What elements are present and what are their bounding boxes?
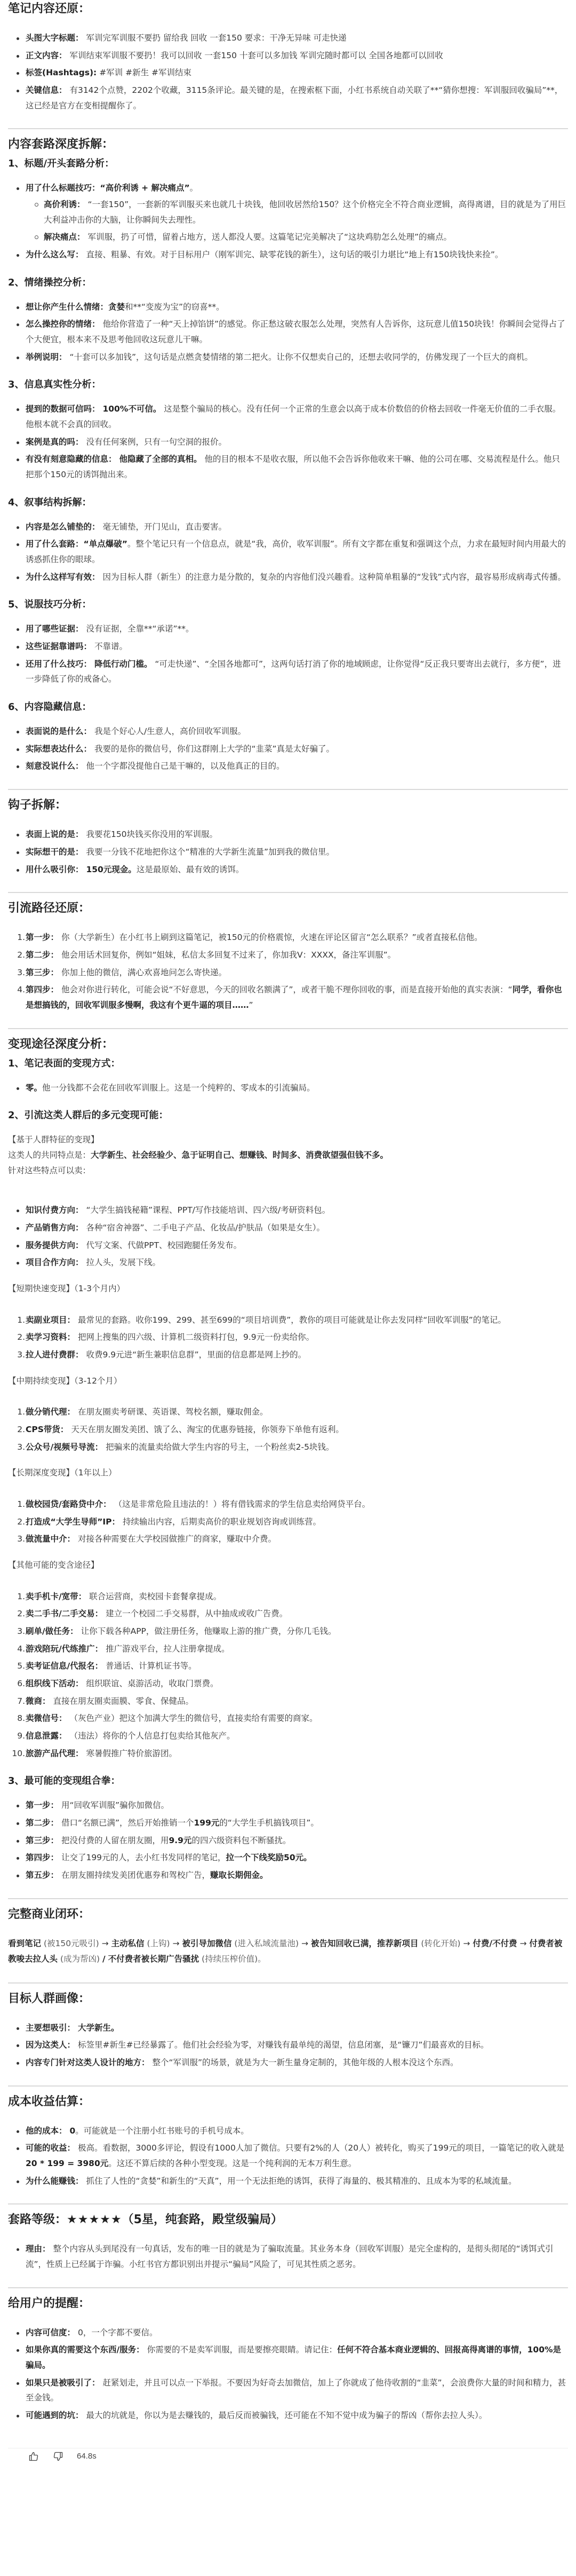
headline-sub-list: 高价利诱： “一套150”，一套新的军训服买来也就几十块钱，他回收居然给150？…	[26, 197, 568, 245]
section-title-reminder: 给用户的提醒：	[8, 2295, 568, 2312]
list-item: 实际想干的是： 我要一分钱不花地把你这个“精准的大学新生流量”加到我的微信里。	[26, 844, 568, 860]
list-item: 3.公众号/视频号导流： 把骗来的流量卖给做大学生内容的号主，一个粉丝卖2-5块…	[26, 1440, 568, 1455]
list-item: 4.游戏陪玩/代练推广： 推广游戏平台，拉人注册拿提成。	[26, 1641, 568, 1657]
combo-list: 第一步： 用“回收军训服”骗你加微信。 第二步： 借口“名额已满”，然后开始推销…	[8, 1798, 568, 1883]
list-item: 想让你产生什么情绪：贪婪和**“变废为宝”的窃喜**。	[26, 299, 568, 315]
list-item: 实际想表达什么： 我要的是你的微信号，你们这群刚上大学的“韭菜”真是太好骗了。	[26, 741, 568, 757]
divider	[8, 128, 568, 129]
list-item: 为什么能赚钱： 抓住了人性的“贪婪”和新生的“天真”，用一个无法拒绝的诱饵，获得…	[26, 2174, 568, 2189]
divider	[8, 2085, 568, 2087]
arrow-icon: →	[173, 1939, 180, 1948]
message-actions: 64.8s	[8, 2445, 568, 2468]
list-item: 第五步： 在朋友圈持续发美团优惠券和驾校广告，赚取长期佣金。	[26, 1868, 568, 1883]
list-item: 提到的数据可信吗： 100%不可信。 这是整个骗局的核心。没有任何一个正常的生意…	[26, 401, 568, 432]
list-item: 用了什么套路：“单点爆破”。整个笔记只有一个信息点，就是“我，高价，收军训服”。…	[26, 536, 568, 567]
list-item: 1.做分销代理： 在朋友圈卖考研课、英语课、驾校名额，赚取佣金。	[26, 1404, 568, 1420]
list-item: 第四步： 让交了199元的人，去小红书发同样的笔记，拉一个下线奖励50元。	[26, 1850, 568, 1866]
list-item: 关键信息： 有3142个点赞，2202个收藏，3115条评论。最关键的是，在搜索…	[26, 83, 568, 113]
crowd-traits: 这类人的共同特点是：大学新生、社会经验少、急于证明自己、想赚钱、时间多、消费欲望…	[8, 1148, 568, 1163]
list-item: 知识付费方向： “大学生搞钱秘籍”课程、PPT/写作技能培训、四六级/考研资料包…	[26, 1203, 568, 1218]
list-item: 第三步： 把没付费的人留在朋友圈，用9.9元的四六级资料包不断骚扰。	[26, 1833, 568, 1848]
section-title-note-restore: 笔记内容还原：	[8, 0, 568, 18]
list-item: 因为这类人： 标签里#新生#已经暴露了。他们社会经验为零，对赚钱有最单纯的渴望，…	[26, 2037, 568, 2053]
authenticity-list: 提到的数据可信吗： 100%不可信。 这是整个骗局的核心。没有任何一个正常的生意…	[8, 401, 568, 482]
list-item: 2.CPS带货： 天天在朋友圈发美团、饿了么、淘宝的优惠券链接，你领券下单他有返…	[26, 1422, 568, 1437]
list-item: 怎么操控你的情绪： 他给你营造了一种“天上掉馅饼”的感觉。你正愁这破衣服怎么处理…	[26, 317, 568, 347]
narrative-list: 内容是怎么铺垫的： 毫无铺垫，开门见山，直击要害。 用了什么套路：“单点爆破”。…	[8, 519, 568, 585]
subsection-title-narrative: 4、叙事结构拆解：	[8, 495, 568, 510]
emotion-analysis-list: 想让你产生什么情绪：贪婪和**“变废为宝”的窃喜**。 怎么操控你的情绪： 他给…	[8, 299, 568, 365]
section-title-cost: 成本收益估算：	[8, 2093, 568, 2111]
section-title-loop: 完整商业闭环：	[8, 1906, 568, 1923]
divider	[8, 2287, 568, 2288]
list-item: 产品销售方向： 各种“宿舍神器”、二手电子产品、化妆品/护肤品（如果是女生）。	[26, 1220, 568, 1236]
other-ways-head: 【其他可能的变含途径】	[8, 1558, 568, 1573]
list-item: 3.刷单/做任务： 让你下载各种APP，做注册任务，他赚取上游的推广费，分你几毛…	[26, 1624, 568, 1639]
list-item: 项目合作方向： 拉人头，发展下线。	[26, 1255, 568, 1270]
list-item: 5.卖考证信息/代报名： 普通话、计算机证书等。	[26, 1658, 568, 1674]
mid-term-list: 1.做分销代理： 在朋友圈卖考研课、英语课、驾校名额，赚取佣金。 2.CPS带货…	[8, 1404, 568, 1455]
list-item: 3.拉人进付费群： 收费9.9元进“新生兼职信息群”，里面的信息都是网上抄的。	[26, 1347, 568, 1363]
list-item: 为什么这么写： 直接、粗暴、有效。对于目标用户（刚军训完、缺零花钱的新生），这句…	[26, 247, 568, 263]
list-item: 4.第四步： 他会对你进行转化，可能会说“不好意思，今天的回收名额满了”，或者干…	[26, 982, 568, 1013]
list-item: 8.卖微信号： （灰色产业）把这个加满大学生的微信号，直接卖给有需要的商家。	[26, 1711, 568, 1726]
list-item: 理由： 整个内容从头到尾没有一句真话，发布的唯一目的就是为了骗取流量。其业务本身…	[26, 2241, 568, 2272]
subsection-title-emotion: 2、情绪操控分析：	[8, 275, 568, 290]
section-title-content-analysis: 内容套路深度拆解：	[8, 136, 568, 153]
list-item: 2.打造成“大学生导师”IP： 持续输出内容，后期卖高价的职业规划咨询或训练营。	[26, 1514, 568, 1530]
subsection-title-authenticity: 3、信息真实性分析：	[8, 377, 568, 392]
subsection-title-multi-monetize: 2、引流这类人群后的多元变现可能：	[8, 1108, 568, 1123]
list-item: 有没有刻意隐藏的信息： 他隐藏了全部的真相。 他的目的根本不是收衣服，所以他不会…	[26, 452, 568, 482]
other-ways-list: 1.卖手机卡/宽带： 联合运营商，卖校园卡套餐拿提成。 2.卖二手书/二手交易：…	[8, 1589, 568, 1761]
list-item: 用什么吸引你： 150元现金。这是最原始、最有效的诱饵。	[26, 862, 568, 878]
list-item: 2.卖二手书/二手交易： 建立一个校园二手交易群，从中抽成或收广告费。	[26, 1606, 568, 1622]
list-item: 这些证据靠谱吗： 不靠谱。	[26, 639, 568, 654]
list-item: 第一步： 用“回收军训服”骗你加微信。	[26, 1798, 568, 1813]
list-item: 1.做校园贷/套路贷中介： （这是非常危险且违法的！）将有借钱需求的学生信息卖给…	[26, 1497, 568, 1512]
list-item: 可能的收益： 极高。看数据，3000多评论，假设有1000人加了微信。只要有2%…	[26, 2140, 568, 2171]
subsection-title-combo: 3、最可能的变现组合拳：	[8, 1774, 568, 1788]
subsection-title-headline: 1、标题/开头套路分析：	[8, 156, 568, 171]
star-rating-icon: ★★★★★	[67, 2213, 122, 2226]
long-term-list: 1.做校园贷/套路贷中介： （这是非常危险且违法的！）将有借钱需求的学生信息卖给…	[8, 1497, 568, 1547]
crowd-sell-line: 针对这些特点可以卖：	[8, 1163, 568, 1179]
list-item: 1.卖副业项目： 最常见的套路。收你199、299、甚至699的“项目培训费”，…	[26, 1313, 568, 1328]
list-item: 头图大字标题： 军训完军训服不要扔 留给我 回收 一套150 要求：干净无异味 …	[26, 30, 568, 46]
list-item: 第二步： 借口“名额已满”，然后开始推销一个199元的“大学生手机搞钱项目”。	[26, 1815, 568, 1831]
funnel-steps: 1.第一步： 你（大学新生）在小红书上刷到这篇笔记，被150元的价格震惊，火速在…	[8, 930, 568, 1013]
list-item: 正文内容： 军训结束军训服不要扔！我可以回收 一套150 十套可以多加钱 军训完…	[26, 48, 568, 64]
reminder-list: 内容可信度： 0，一个字都不要信。 如果你真的需要这个东西/服务： 你需要的不是…	[8, 2325, 568, 2423]
subsection-title-surface-monetize: 1、笔记表面的变现方式：	[8, 1056, 568, 1071]
list-item: 用了哪些证据： 没有证据，全靠**“承诺”**。	[26, 621, 568, 637]
crowd-head: 【基于人群特征的变现】	[8, 1132, 568, 1148]
list-item: 服务提供方向： 代写文案、代做PPT、校园跑腿任务发布。	[26, 1238, 568, 1253]
list-item: 表面上说的是： 我要花150块钱买你没用的军训服。	[26, 827, 568, 842]
list-item: 还用了什么技巧： 降低行动门槛。 “可走快递”、“全国各地都可”，这两句话打消了…	[26, 657, 568, 687]
divider	[8, 1982, 568, 1984]
divider	[8, 1898, 568, 1899]
list-item: 刻意没说什么： 他一个字都没提他自己是干嘛的，以及他真正的目的。	[26, 758, 568, 774]
list-item: 1.第一步： 你（大学新生）在小红书上刷到这篇笔记，被150元的价格震惊，火速在…	[26, 930, 568, 945]
list-item: 9.信息泄露： （违法）将你的个人信息打包卖给其他灰产。	[26, 1728, 568, 1744]
section-title-monetize: 变现途径深度分析：	[8, 1036, 568, 1053]
list-item: 为什么这样写有效： 因为目标人群（新生）的注意力是分散的，复杂的内容他们没兴趣看…	[26, 570, 568, 585]
list-item: 10.旅游产品代理： 寒暑假推广特价旅游团。	[26, 1746, 568, 1761]
audience-list: 主要想吸引： 大学新生。 因为这类人： 标签里#新生#已经暴露了。他们社会经验为…	[8, 2020, 568, 2071]
list-item: 主要想吸引： 大学新生。	[26, 2020, 568, 2036]
list-item: 高价利诱： “一套150”，一套新的军训服买来也就几十块钱，他回收居然给150？…	[44, 197, 568, 227]
subsection-title-hidden-info: 6、内容隐藏信息：	[8, 700, 568, 714]
hidden-info-list: 表面说的是什么： 我是个好心人/生意人，高价回收军训服。 实际想表达什么： 我要…	[8, 724, 568, 774]
hook-list: 表面上说的是： 我要花150块钱买你没用的军训服。 实际想干的是： 我要一分钱不…	[8, 827, 568, 877]
divider	[8, 2203, 568, 2204]
list-item: 内容专门针对这类人设计的地方： 整个“军训服”的场景，就是为大一新生量身定制的，…	[26, 2055, 568, 2071]
list-item: 7.微商： 直接在朋友圈卖面膜、零食、保健品。	[26, 1694, 568, 1709]
arrow-icon: →	[102, 1939, 109, 1948]
list-item: 用了什么标题技巧：“高价利诱 + 解决痛点”。 高价利诱： “一套150”，一套…	[26, 180, 568, 245]
note-restore-list: 头图大字标题： 军训完军训服不要扔 留给我 回收 一套150 要求：干净无异味 …	[8, 30, 568, 113]
divider	[8, 892, 568, 893]
list-item: 3.第三步： 你加上他的微信，满心欢喜地问怎么寄快递。	[26, 965, 568, 981]
answer-content: 笔记内容还原： 头图大字标题： 军训完军训服不要扔 留给我 回收 一套150 要…	[0, 0, 576, 2468]
subsection-title-persuasion: 5、说服技巧分析：	[8, 597, 568, 612]
list-item: 2.卖学习资料： 把网上搜集的四六级、计算机二级资料打包，9.9元一份卖给你。	[26, 1330, 568, 1345]
response-time: 64.8s	[77, 2449, 101, 2464]
rating-list: 理由： 整个内容从头到尾没有一句真话，发布的唯一目的就是为了骗取流量。其业务本身…	[8, 2241, 568, 2272]
business-loop-chain: 看到笔记 (被150元吸引) → 主动私信 (上钩) → 被引导加微信 (进入私…	[8, 1936, 568, 1967]
list-item: 3.做流量中介： 对接各种需要在大学校园做推广的商家，赚取中介费。	[26, 1531, 568, 1547]
arrow-icon: →	[463, 1939, 470, 1948]
section-title-audience: 目标人群画像：	[8, 1990, 568, 2008]
list-item: 表面说的是什么： 我是个好心人/生意人，高价回收军训服。	[26, 724, 568, 739]
short-term-list: 1.卖副业项目： 最常见的套路。收你199、299、甚至699的“项目培训费”，…	[8, 1313, 568, 1363]
list-item: 案例是真的吗： 没有任何案例，只有一句空洞的报价。	[26, 434, 568, 450]
list-item: 可能遇到的坑： 最大的坑就是，你以为是去赚钱的，最后反而被骗钱，还可能在不知不觉…	[26, 2408, 568, 2423]
list-item: 如果只是被吸引了： 赶紧划走，并且可以点一下举报。不要因为好奇去加微信，加上了你…	[26, 2375, 568, 2406]
arrow-icon: →	[301, 1939, 308, 1948]
mid-term-head: 【中期持续变现】（3-12个月）	[8, 1373, 568, 1389]
short-term-head: 【短期快速变现】（1-3个月内）	[8, 1281, 568, 1297]
arrow-icon: →	[519, 1939, 526, 1948]
list-item: 如果你真的需要这个东西/服务： 你需要的不是卖军训服，而是要擦亮眼睛。请记住：任…	[26, 2342, 568, 2373]
directions-list: 知识付费方向： “大学生搞钱秘籍”课程、PPT/写作技能培训、四六级/考研资料包…	[8, 1203, 568, 1270]
list-item: 2.第二步： 他会用话术回复你，例如“姐妹，私信太多回复不过来了，你加我V：XX…	[26, 947, 568, 963]
section-title-funnel: 引流路径还原：	[8, 899, 568, 917]
divider	[8, 1028, 568, 1029]
divider	[8, 789, 568, 790]
list-item: 解决痛点： 军训服，扔了可惜，留着占地方，送人都没人要。这篇笔记完美解决了“这块…	[44, 230, 568, 245]
section-title-hook: 钩子拆解：	[8, 796, 568, 814]
thumbs-down-icon[interactable]	[52, 2451, 64, 2462]
list-item: 他的成本： 0。可能就是一个注册小红书账号的手机号成本。	[26, 2123, 568, 2139]
list-item: 标签(Hashtags): #军训 #新生 #军训结束	[26, 65, 568, 81]
list-item: 内容是怎么铺垫的： 毫无铺垫，开门见山，直击要害。	[26, 519, 568, 535]
headline-analysis-list: 用了什么标题技巧：“高价利诱 + 解决痛点”。 高价利诱： “一套150”，一套…	[8, 180, 568, 262]
section-title-rating: 套路等级：★★★★★（5星，纯套路，殿堂级骗局）	[8, 2211, 568, 2229]
list-item: 6.组织线下活动： 组织联谊、桌游活动，收取门票费。	[26, 1676, 568, 1692]
list-item: 举例说明： “十套可以多加钱”，这句话是点燃贪婪情绪的第二把火。让你不仅想卖自己…	[26, 350, 568, 365]
long-term-head: 【长期深度变现】（1年以上）	[8, 1465, 568, 1481]
list-item: 1.卖手机卡/宽带： 联合运营商，卖校园卡套餐拿提成。	[26, 1589, 568, 1605]
thumbs-up-icon[interactable]	[28, 2451, 39, 2462]
cost-list: 他的成本： 0。可能就是一个注册小红书账号的手机号成本。 可能的收益： 极高。看…	[8, 2123, 568, 2189]
surface-monetize-list: 零。他一分钱都不会花在回收军训服上。这是一个纯粹的、零成本的引流骗局。	[8, 1080, 568, 1096]
list-item: 内容可信度： 0，一个字都不要信。	[26, 2325, 568, 2341]
persuasion-list: 用了哪些证据： 没有证据，全靠**“承诺”**。 这些证据靠谱吗： 不靠谱。 还…	[8, 621, 568, 687]
list-item: 零。他一分钱都不会花在回收军训服上。这是一个纯粹的、零成本的引流骗局。	[26, 1080, 568, 1096]
